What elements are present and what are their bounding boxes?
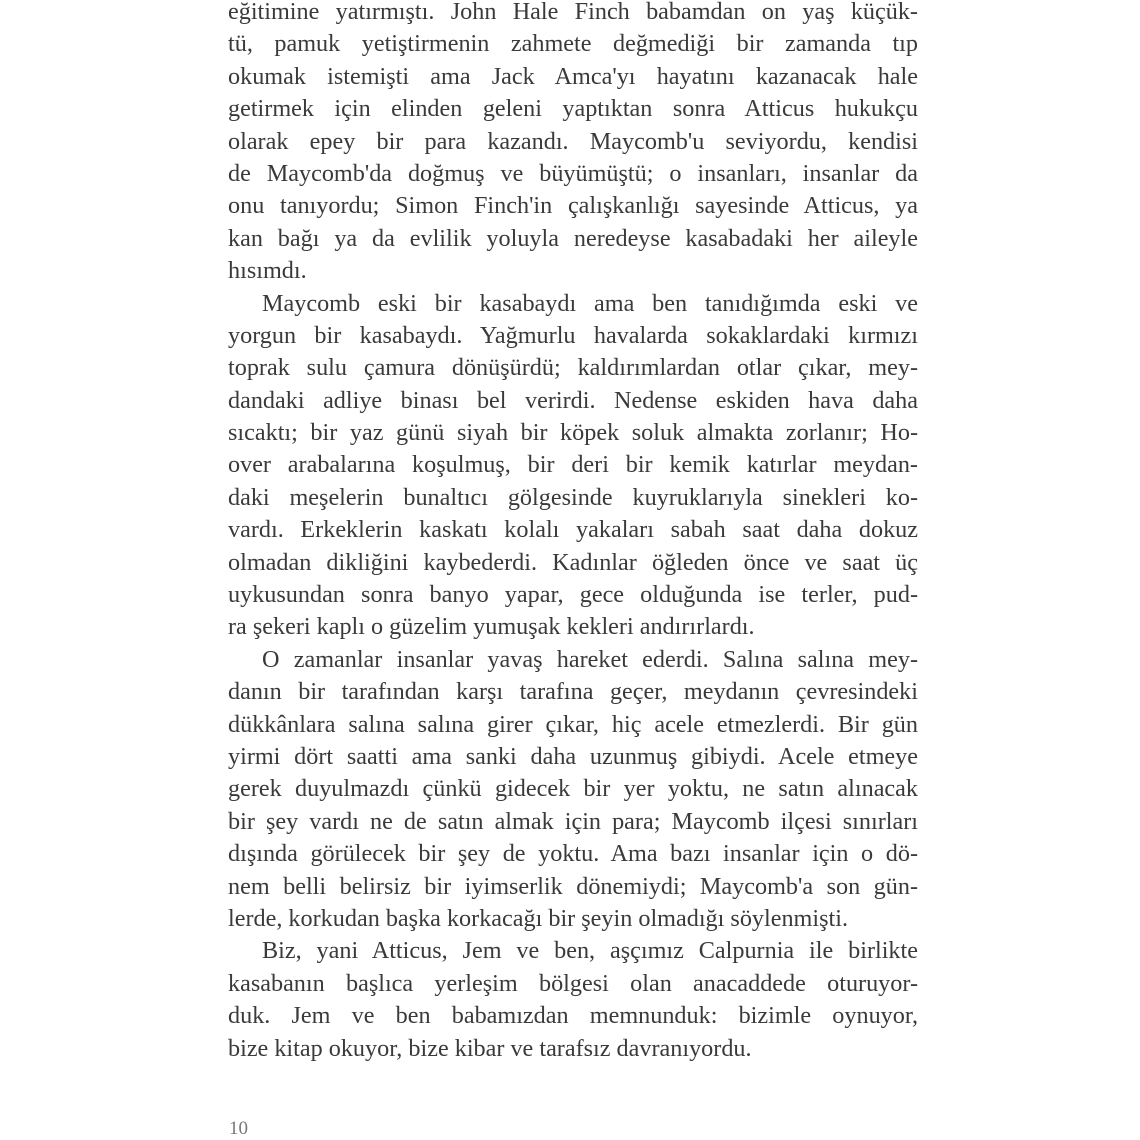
text-line: Biz, yani Atticus, Jem ve ben, aşçımız C…: [228, 935, 918, 967]
text-line: tü, pamuk yetiştirmenin zahmete değmediğ…: [228, 28, 918, 60]
text-line: onu tanıyordu; Simon Finch'in çalışkanlı…: [228, 190, 918, 222]
text-line: gerek duyulmazdı çünkü gidecek bir yer y…: [228, 773, 918, 805]
text-line: dükkânlara salına salına girer çıkar, hi…: [228, 709, 918, 741]
text-line: kan bağı ya da evlilik yoluyla neredeyse…: [228, 223, 918, 255]
text-line: toprak sulu çamura dönüşürdü; kaldırımla…: [228, 352, 918, 384]
text-line: O zamanlar insanlar yavaş hareket ederdi…: [228, 644, 918, 676]
text-line: over arabalarına koşulmuş, bir deri bir …: [228, 449, 918, 481]
book-page-text: eğitimine yatırmıştı. John Hale Finch ba…: [228, 0, 918, 1065]
text-line: yirmi dört saatti ama sanki daha uzunmuş…: [228, 741, 918, 773]
paragraph-2: Maycomb eski bir kasabaydı ama ben tanıd…: [228, 288, 918, 644]
text-line: bir şey vardı ne de satın almak için par…: [228, 806, 918, 838]
text-line: getirmek için elinden geleni yaptıktan s…: [228, 93, 918, 125]
text-line: uykusundan sonra banyo yapar, gece olduğ…: [228, 579, 918, 611]
text-line: okumak istemişti ama Jack Amca'yı hayatı…: [228, 61, 918, 93]
text-line: olmadan dikliğini kaybederdi. Kadınlar ö…: [228, 547, 918, 579]
text-line: olarak epey bir para kazandı. Maycomb'u …: [228, 126, 918, 158]
text-line: ra şekeri kaplı o güzelim yumuşak kekler…: [228, 611, 918, 643]
paragraph-1: eğitimine yatırmıştı. John Hale Finch ba…: [228, 0, 918, 288]
text-line: dışında görülecek bir şey de yoktu. Ama …: [228, 838, 918, 870]
text-line: lerde, korkudan başka korkacağı bir şeyi…: [228, 903, 918, 935]
text-line: de Maycomb'da doğmuş ve büyümüştü; o ins…: [228, 158, 918, 190]
text-line: kasabanın başlıca yerleşim bölgesi olan …: [228, 968, 918, 1000]
text-line: danın bir tarafından karşı tarafına geçe…: [228, 676, 918, 708]
paragraph-3: O zamanlar insanlar yavaş hareket ederdi…: [228, 644, 918, 936]
text-line: Maycomb eski bir kasabaydı ama ben tanıd…: [228, 288, 918, 320]
text-line: duk. Jem ve ben babamızdan memnunduk: bi…: [228, 1000, 918, 1032]
text-line: eğitimine yatırmıştı. John Hale Finch ba…: [228, 0, 918, 28]
text-line: daki meşelerin bunaltıcı gölgesinde kuyr…: [228, 482, 918, 514]
paragraph-4: Biz, yani Atticus, Jem ve ben, aşçımız C…: [228, 935, 918, 1065]
page-number: 10: [229, 1118, 248, 1140]
text-line: nem belli belirsiz bir iyimserlik dönemi…: [228, 871, 918, 903]
text-line: dandaki adliye binası bel verirdi. Neden…: [228, 385, 918, 417]
text-line: bize kitap okuyor, bize kibar ve tarafsı…: [228, 1033, 918, 1065]
text-line: yorgun bir kasabaydı. Yağmurlu havalarda…: [228, 320, 918, 352]
text-line: vardı. Erkeklerin kaskatı kolalı yakalar…: [228, 514, 918, 546]
text-line: sıcaktı; bir yaz günü siyah bir köpek so…: [228, 417, 918, 449]
text-line: hısımdı.: [228, 255, 918, 287]
